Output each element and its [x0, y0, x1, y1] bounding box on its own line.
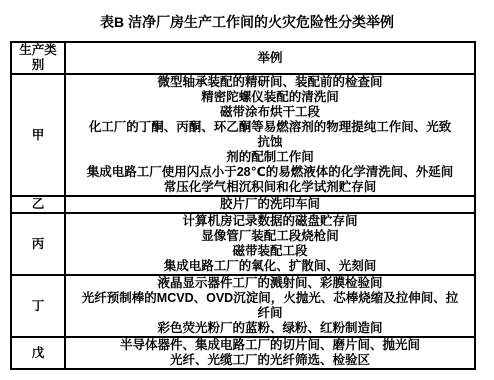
example-line: 纤间 [66, 306, 474, 321]
category-cell: 甲 [11, 74, 65, 196]
category-cell: 戊 [11, 337, 65, 369]
fire-hazard-classification-table: 生产类别 举例 甲 微型轴承装配的精研间、装配前的检查间精密陀螺仪装配的清洗间磁… [10, 41, 476, 370]
example-line: 抗蚀 [66, 135, 474, 150]
example-line: 显像管厂装配工段烧枪间 [66, 229, 474, 244]
table-row-wu: 戊 半导体器件、集成电路工厂的切片间、磨片间、抛光间光纤、光缆工厂的光纤筛选、检… [11, 337, 475, 369]
example-line: 光纤预制棒的MCVD、OVD沉淀间，火抛光、芯棒烧缩及拉伸间、拉 [66, 291, 474, 306]
examples-cell: 微型轴承装配的精研间、装配前的检查间精密陀螺仪装配的清洗间磁带涂布烘干工段化工厂… [65, 74, 475, 196]
example-line: 化工厂的丁酮、丙酮、环乙酮等易燃溶剂的物理提纯工作间、光致 [66, 120, 474, 135]
header-category: 生产类别 [11, 42, 65, 74]
examples-cell: 胶片厂的洗印车间 [65, 196, 475, 213]
examples-cell: 计算机房记录数据的磁盘贮存间显像管厂装配工段烧枪间磁带装配工段集成电路工厂的氧化… [65, 213, 475, 275]
example-line: 半导体器件、集成电路工厂的切片间、磨片间、抛光间 [66, 338, 474, 353]
page-title: 表B 洁净厂房生产工作间的火灾危险性分类举例 [0, 12, 494, 32]
example-line: 液晶显示器件工厂的溅射间、彩膜检验间 [66, 276, 474, 291]
example-line: 常压化学气相沉积间和化学试剂贮存间 [66, 180, 474, 195]
table-row-jia: 甲 微型轴承装配的精研间、装配前的检查间精密陀螺仪装配的清洗间磁带涂布烘干工段化… [11, 74, 475, 196]
example-line: 磁带涂布烘干工段 [66, 105, 474, 120]
table-header-row: 生产类别 举例 [11, 42, 475, 74]
examples-cell: 液晶显示器件工厂的溅射间、彩膜检验间光纤预制棒的MCVD、OVD沉淀间，火抛光、… [65, 275, 475, 337]
table-row-ding: 丁 液晶显示器件工厂的溅射间、彩膜检验间光纤预制棒的MCVD、OVD沉淀间，火抛… [11, 275, 475, 337]
example-line: 集成电路工厂使用闪点小于28℃的易燃液体的化学清洗间、外延间 [66, 165, 474, 180]
category-cell: 丙 [11, 213, 65, 275]
example-line: 精密陀螺仪装配的清洗间 [66, 90, 474, 105]
example-line: 集成电路工厂的氧化、扩散间、光刻间 [66, 259, 474, 274]
example-line: 计算机房记录数据的磁盘贮存间 [66, 214, 474, 229]
example-line: 胶片厂的洗印车间 [66, 197, 474, 212]
example-line: 剂的配制工作间 [66, 150, 474, 165]
category-cell: 丁 [11, 275, 65, 337]
category-cell: 乙 [11, 196, 65, 213]
table-row-yi: 乙 胶片厂的洗印车间 [11, 196, 475, 213]
example-line: 微型轴承装配的精研间、装配前的检查间 [66, 75, 474, 90]
table-row-bing: 丙 计算机房记录数据的磁盘贮存间显像管厂装配工段烧枪间磁带装配工段集成电路工厂的… [11, 213, 475, 275]
header-examples: 举例 [65, 42, 475, 74]
examples-cell: 半导体器件、集成电路工厂的切片间、磨片间、抛光间光纤、光缆工厂的光纤筛选、检验区 [65, 337, 475, 369]
example-line: 磁带装配工段 [66, 244, 474, 259]
example-line: 彩色荧光粉厂的蓝粉、绿粉、红粉制造间 [66, 321, 474, 336]
example-line: 光纤、光缆工厂的光纤筛选、检验区 [66, 353, 474, 368]
